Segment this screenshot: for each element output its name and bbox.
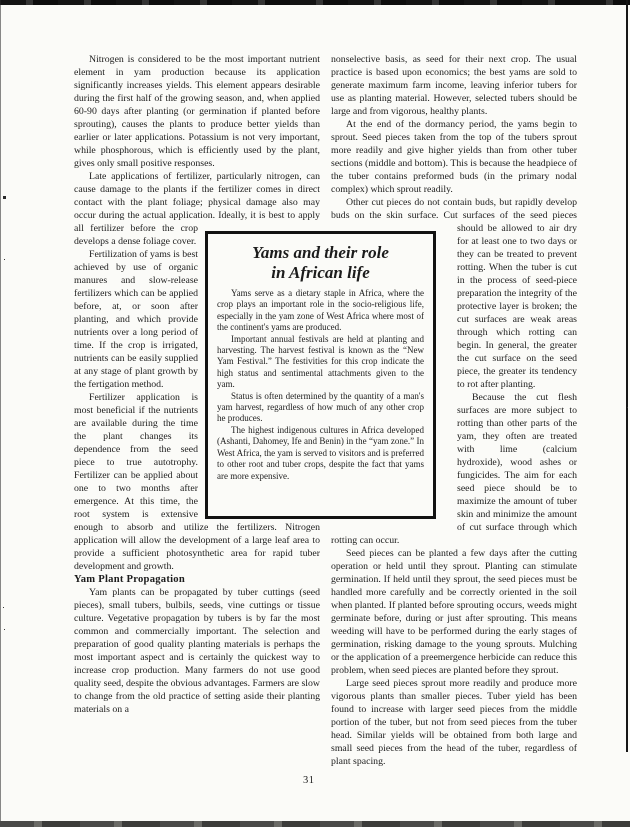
scan-edge-left [0,0,1,827]
callout-paragraph: Status is often determined by the quanti… [217,391,424,425]
callout-box: Yams and their role in African life Yams… [205,231,436,519]
scan-edge-bottom [0,821,630,827]
callout-body: Yams serve as a dietary staple in Africa… [208,288,433,482]
callout-paragraph: Important annual festivals are held at p… [217,334,424,391]
callout-paragraph: Yams serve as a dietary staple in Africa… [217,288,424,334]
scan-edge-top [0,0,630,5]
callout-paragraph: The highest indigenous cultures in Afric… [217,425,424,482]
callout-title-line-2: in African life [214,263,427,283]
section-heading: Yam Plant Propagation [74,573,320,586]
body-paragraph: nonselective basis, as seed for their ne… [331,53,577,118]
callout-title: Yams and their role in African life [214,243,427,282]
scan-edge-right [626,0,628,752]
scan-speck [3,196,6,199]
page-number: 31 [303,775,315,786]
body-paragraph: Large seed pieces sprout more readily an… [331,677,577,768]
body-paragraph: Yam plants can be propagated by tuber cu… [74,586,320,716]
scanned-document-page: Nitrogen is considered to be the most im… [0,0,630,827]
body-paragraph: Nitrogen is considered to be the most im… [74,53,320,170]
body-paragraph: At the end of the dormancy period, the y… [331,118,577,196]
body-paragraph: Seed pieces can be planted a few days af… [331,547,577,677]
callout-title-line-1: Yams and their role [214,243,427,263]
